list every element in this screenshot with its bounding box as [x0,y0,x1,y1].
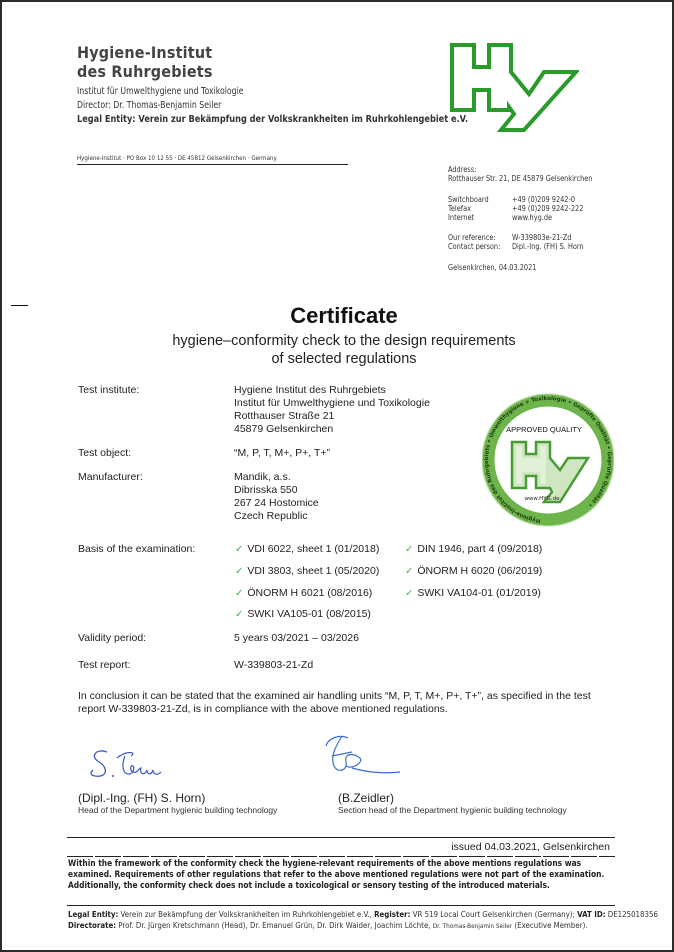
conclusion-text: In conclusion it can be stated that the … [78,690,618,716]
test-institute-line: Institut für Umwelthygiene und Toxikolog… [234,397,430,410]
certificate-title: Certificate [2,303,674,329]
internet-link[interactable]: www.hyg.de [512,213,552,222]
institute-legal-entity: Legal Entity: Verein zur Bekämpfung der … [77,114,468,125]
check-icon: ✓ [235,544,243,555]
signature-horn-icon [87,740,187,788]
footer-vat-label: VAT ID: [577,910,605,919]
test-institute-label: Test institute: [78,384,139,396]
signature-block-1: (Dipl.-Ing. (FH) S. Horn) Head of the De… [78,791,277,815]
footer-vat-value: DE125018356 [608,910,658,919]
address-value: Rotthauser Str. 21, DE 45879 Gelsenkirch… [448,174,592,183]
contact-person-value: Dipl.-Ing. (FH) S. Horn [512,242,584,251]
institute-name-line1: Hygiene-Institut [77,43,213,62]
basis-item: ✓ÖNORM H 6021 (08/2016) [235,587,372,599]
signatory-role: Head of the Department hygienic building… [78,805,277,815]
telefax-value: +49 (0)209 9242-222 [512,204,583,213]
basis-item-text: VDI 3803, sheet 1 (05/2020) [247,565,379,577]
issued-date: issued 04.03.2021, Gelsenkirchen [451,841,610,853]
basis-item: ✓VDI 6022, sheet 1 (01/2018) [235,543,379,555]
contact-reference: Our reference:W-339803e-21-Zd Contact pe… [448,233,584,251]
signatory-role: Section head of the Department hygienic … [338,805,567,815]
check-icon: ✓ [405,566,413,577]
basis-item-text: SWKI VA105-01 (08/2015) [247,608,371,620]
institute-director: Director: Dr. Thomas-Benjamin Seiler [77,100,221,111]
check-icon: ✓ [405,588,413,599]
disclaimer-text: Within the framework of the conformity c… [68,859,614,892]
footer-directorate-label: Directorate: [68,921,116,930]
validity-label: Validity period: [78,632,146,644]
basis-item: ✓DIN 1946, part 4 (09/2018) [405,543,542,555]
footer-legal-label: Legal Entity: [68,910,118,919]
hy-logo-icon [449,42,579,132]
footer-directorate-member: Dr. Thomas-Benjamin Seiler [433,922,512,930]
basis-item-text: VDI 6022, sheet 1 (01/2018) [247,543,379,555]
subtitle-line2: of selected regulations [2,350,674,368]
footer-register-label: Register: [374,910,410,919]
footer-directorate-tail: (Executive Member). [514,921,587,930]
footer-register-value: VR 519 Local Court Gelsenkirchen (German… [413,910,575,919]
basis-item: ✓SWKI VA104-01 (01/2019) [405,587,541,599]
footer-legal-value: Verein zur Bekämpfung der Volkskrankheit… [121,910,372,919]
basis-label: Basis of the examination: [78,543,195,555]
basis-item-text: ÖNORM H 6020 (06/2019) [417,565,542,577]
institute-name-line2: des Ruhrgebiets [77,62,213,81]
divider-dashed [67,856,615,857]
test-report-label: Test report: [78,659,131,671]
manufacturer-label: Manufacturer: [78,471,143,483]
check-icon: ✓ [235,609,243,620]
institute-name: Hygiene-Institut des Ruhrgebiets [77,43,213,81]
footer-directorate-value: Prof. Dr. Jürgen Kretschmann (Head), Dr.… [118,921,430,930]
internet-label: Internet [448,213,512,222]
switchboard-label: Switchboard [448,195,512,204]
check-icon: ✓ [235,588,243,599]
place-date: Gelsenkirchen, 04.03.2021 [448,263,536,272]
basis-item: ✓ÖNORM H 6020 (06/2019) [405,565,542,577]
manufacturer-line: Dibrisska 550 [234,484,319,497]
validity-value: 5 years 03/2021 – 03/2026 [234,632,359,645]
contact-person-label: Contact person: [448,242,512,251]
approved-quality-seal-icon: Hygiene-Institut des Ruhrgebiets • Umwel… [482,390,614,530]
manufacturer-line: Czech Republic [234,510,319,523]
contact-address: Address: Rotthauser Str. 21, DE 45879 Ge… [448,165,592,183]
test-institute-line: 45879 Gelsenkirchen [234,423,430,436]
test-object-value: “M, P, T, M+, P+, T+” [234,447,330,460]
contact-phones: Switchboard+49 (0)209 9242-0 Telefax+49 … [448,195,583,222]
test-institute-value: Hygiene Institut des Ruhrgebiets Institu… [234,384,430,436]
seal-url: www.HYG.de [524,496,560,502]
manufacturer-line: 267 24 Hostomice [234,497,319,510]
footer-legal-row: Legal Entity: Verein zur Bekämpfung der … [68,909,614,920]
seal-headline: APPROVED QUALITY [506,425,582,434]
test-institute-line: Hygiene Institut des Ruhrgebiets [234,384,430,397]
telefax-label: Telefax [448,204,512,213]
footer-divider [67,905,615,906]
signatory-name: (Dipl.-Ing. (FH) S. Horn) [78,791,277,805]
postal-address-line: Hygiene-Institut · PO Box 10 12 55 · DE … [77,154,277,162]
subtitle-line1: hygiene–conformity check to the design r… [2,332,674,350]
postal-divider [77,164,348,165]
basis-item-text: SWKI VA104-01 (01/2019) [417,587,541,599]
address-label: Address: [448,165,592,174]
signatory-name: (B.Zeidler) [338,791,567,805]
reference-value: W-339803e-21-Zd [512,233,571,242]
divider [67,837,615,838]
institute-subtitle: Institut für Umwelthygiene und Toxikolog… [77,86,244,97]
basis-item-text: ÖNORM H 6021 (08/2016) [247,587,372,599]
reference-label: Our reference: [448,233,512,242]
footer: Legal Entity: Verein zur Bekämpfung der … [68,909,614,932]
test-report-value: W-339803-21-Zd [234,659,313,672]
manufacturer-line: Mandik, a.s. [234,471,319,484]
check-icon: ✓ [235,566,243,577]
test-institute-line: Rotthauser Straße 21 [234,410,430,423]
basis-item-text: DIN 1946, part 4 (09/2018) [417,543,542,555]
basis-item: ✓SWKI VA105-01 (08/2015) [235,608,371,620]
manufacturer-value: Mandik, a.s. Dibrisska 550 267 24 Hostom… [234,471,319,523]
certificate-subtitle: hygiene–conformity check to the design r… [2,332,674,368]
signature-block-2: (B.Zeidler) Section head of the Departme… [338,791,567,815]
test-object-label: Test object: [78,447,131,459]
switchboard-value: +49 (0)209 9242-0 [512,195,575,204]
basis-item: ✓VDI 3803, sheet 1 (05/2020) [235,565,379,577]
certificate-page: Hygiene-Institut des Ruhrgebiets Institu… [0,0,674,952]
signature-zeidler-icon [322,732,402,784]
check-icon: ✓ [405,544,413,555]
footer-directorate-row: Directorate: Prof. Dr. Jürgen Kretschman… [68,920,614,932]
